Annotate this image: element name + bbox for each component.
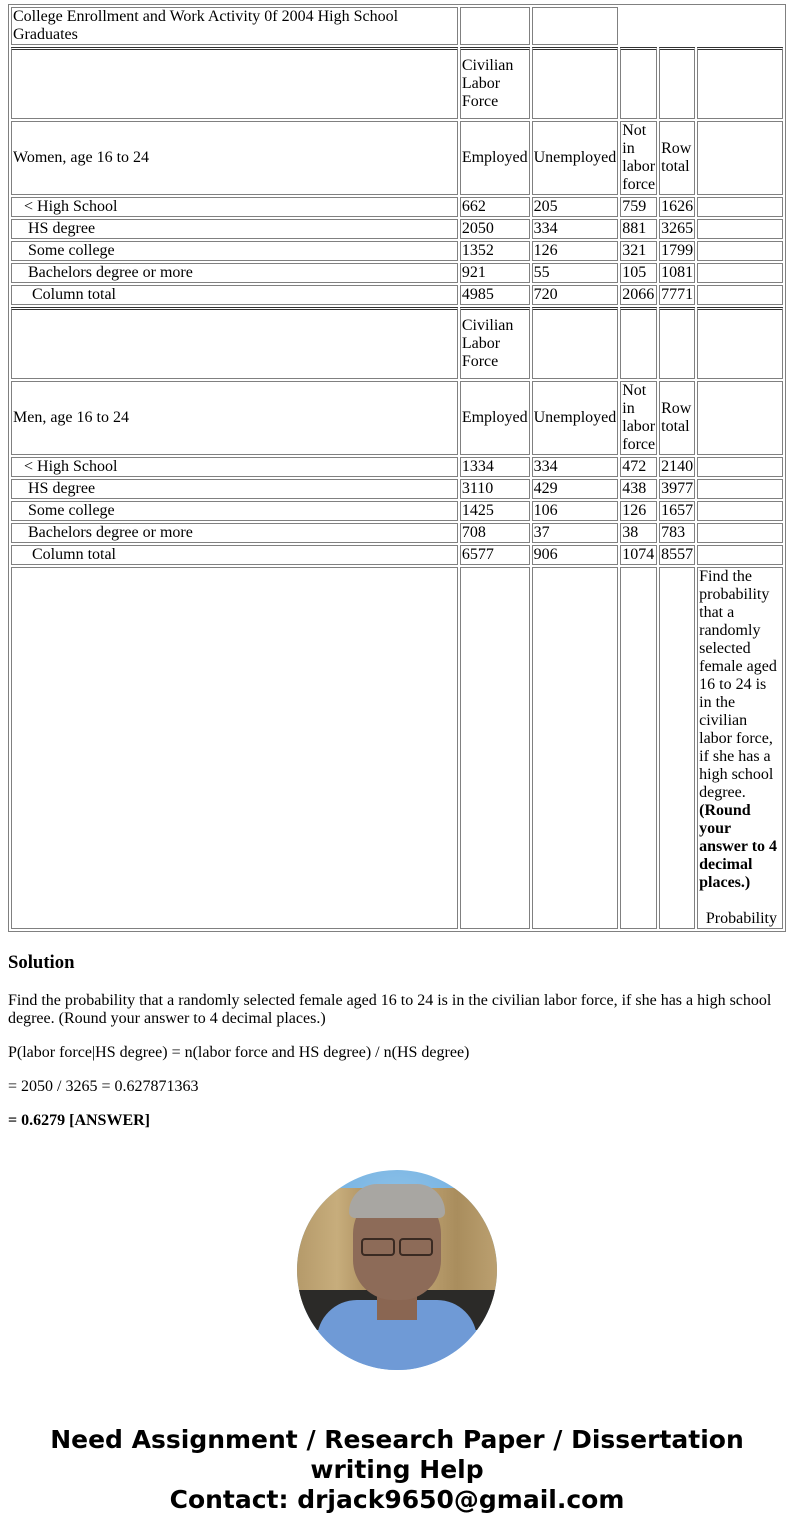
cell-employed: 1425 bbox=[460, 501, 530, 521]
cell-row-total: 783 bbox=[659, 523, 695, 543]
empty-cell bbox=[697, 381, 783, 455]
empty-cell bbox=[659, 307, 695, 379]
column-header: Unemployed bbox=[532, 381, 619, 455]
cell-unemployed: 55 bbox=[532, 263, 619, 283]
question-cell: Find the probability that a randomly sel… bbox=[697, 567, 783, 929]
empty-cell bbox=[697, 523, 783, 543]
column-header: Not in labor force bbox=[620, 121, 657, 195]
answer-label: Probability bbox=[699, 910, 781, 928]
empty-cell bbox=[620, 47, 657, 119]
group-header: Civilian Labor Force bbox=[460, 47, 530, 119]
cell-unemployed: 429 bbox=[532, 479, 619, 499]
cell-not-in-labor-force: 126 bbox=[620, 501, 657, 521]
cell-employed: 1352 bbox=[460, 241, 530, 261]
solution-calculation: = 2050 / 3265 = 0.627871363 bbox=[8, 1078, 786, 1096]
table-row: HS degree 2050 334 881 3265 bbox=[11, 219, 783, 239]
question-text: Find the probability that a randomly sel… bbox=[699, 568, 777, 801]
row-label: Column total bbox=[11, 285, 458, 305]
cell-employed: 921 bbox=[460, 263, 530, 283]
author-avatar bbox=[297, 1170, 497, 1370]
column-header-row: Women, age 16 to 24 Employed Unemployed … bbox=[11, 121, 783, 195]
empty-cell bbox=[697, 457, 783, 477]
row-label: Some college bbox=[11, 241, 458, 261]
empty-cell bbox=[697, 285, 783, 305]
cell-not-in-labor-force: 881 bbox=[620, 219, 657, 239]
empty-cell bbox=[697, 545, 783, 565]
table-title: College Enrollment and Work Activity 0f … bbox=[11, 7, 458, 45]
question-row: Find the probability that a randomly sel… bbox=[11, 567, 783, 929]
data-table: College Enrollment and Work Activity 0f … bbox=[8, 4, 786, 932]
cell-employed: 4985 bbox=[460, 285, 530, 305]
column-header: Row total bbox=[659, 121, 695, 195]
cell-row-total: 1657 bbox=[659, 501, 695, 521]
column-header: Employed bbox=[460, 381, 530, 455]
cell-unemployed: 906 bbox=[532, 545, 619, 565]
cell-not-in-labor-force: 1074 bbox=[620, 545, 657, 565]
cell-unemployed: 334 bbox=[532, 219, 619, 239]
cell-row-total: 1799 bbox=[659, 241, 695, 261]
cell-row-total: 3977 bbox=[659, 479, 695, 499]
empty-cell bbox=[460, 567, 530, 929]
cell-employed: 6577 bbox=[460, 545, 530, 565]
empty-cell bbox=[697, 263, 783, 283]
cell-unemployed: 720 bbox=[532, 285, 619, 305]
glasses-icon bbox=[361, 1238, 433, 1254]
empty-cell bbox=[659, 47, 695, 119]
column-header: Not in labor force bbox=[620, 381, 657, 455]
table-row: < High School 662 205 759 1626 bbox=[11, 197, 783, 217]
cell-row-total: 2140 bbox=[659, 457, 695, 477]
title-row: College Enrollment and Work Activity 0f … bbox=[11, 7, 783, 45]
solution-question: Find the probability that a randomly sel… bbox=[8, 992, 786, 1028]
empty-cell bbox=[620, 567, 657, 929]
empty-cell bbox=[697, 121, 783, 195]
column-header: Row total bbox=[659, 381, 695, 455]
cell-employed: 662 bbox=[460, 197, 530, 217]
empty-cell bbox=[697, 501, 783, 521]
cell-not-in-labor-force: 438 bbox=[620, 479, 657, 499]
row-label: HS degree bbox=[11, 479, 458, 499]
solution-section: Solution Find the probability that a ran… bbox=[8, 952, 786, 1130]
solution-answer: = 0.6279 [ANSWER] bbox=[8, 1112, 786, 1130]
cell-row-total: 1081 bbox=[659, 263, 695, 283]
empty-cell bbox=[697, 47, 783, 119]
group-header-row: Civilian Labor Force bbox=[11, 47, 783, 119]
cell-not-in-labor-force: 321 bbox=[620, 241, 657, 261]
cell-employed: 708 bbox=[460, 523, 530, 543]
empty-cell bbox=[697, 241, 783, 261]
cell-employed: 1334 bbox=[460, 457, 530, 477]
column-header: Employed bbox=[460, 121, 530, 195]
table-row: < High School 1334 334 472 2140 bbox=[11, 457, 783, 477]
empty-cell bbox=[460, 7, 530, 45]
table-row: HS degree 3110 429 438 3977 bbox=[11, 479, 783, 499]
empty-cell bbox=[532, 307, 619, 379]
promo-contact: Contact: drjack9650@gmail.com bbox=[0, 1485, 794, 1515]
empty-cell bbox=[697, 307, 783, 379]
table-row: Column total 4985 720 2066 7771 bbox=[11, 285, 783, 305]
cell-unemployed: 37 bbox=[532, 523, 619, 543]
empty-cell bbox=[697, 479, 783, 499]
group-header: Civilian Labor Force bbox=[460, 307, 530, 379]
author-photo-container bbox=[0, 1170, 794, 1375]
cell-not-in-labor-force: 38 bbox=[620, 523, 657, 543]
row-label: Some college bbox=[11, 501, 458, 521]
column-header-row: Men, age 16 to 24 Employed Unemployed No… bbox=[11, 381, 783, 455]
row-label: Bachelors degree or more bbox=[11, 523, 458, 543]
cell-unemployed: 334 bbox=[532, 457, 619, 477]
section-label: Women, age 16 to 24 bbox=[11, 121, 458, 195]
section-label: Men, age 16 to 24 bbox=[11, 381, 458, 455]
cell-row-total: 3265 bbox=[659, 219, 695, 239]
empty-cell bbox=[697, 197, 783, 217]
table-row: Some college 1352 126 321 1799 bbox=[11, 241, 783, 261]
empty-cell bbox=[532, 567, 619, 929]
row-label: < High School bbox=[11, 457, 458, 477]
row-label: HS degree bbox=[11, 219, 458, 239]
empty-cell bbox=[11, 567, 458, 929]
cell-employed: 2050 bbox=[460, 219, 530, 239]
empty-space bbox=[620, 7, 783, 45]
column-header: Unemployed bbox=[532, 121, 619, 195]
table-row: Bachelors degree or more 708 37 38 783 bbox=[11, 523, 783, 543]
table-row: Bachelors degree or more 921 55 105 1081 bbox=[11, 263, 783, 283]
cell-not-in-labor-force: 2066 bbox=[620, 285, 657, 305]
group-header-row: Civilian Labor Force bbox=[11, 307, 783, 379]
solution-formula: P(labor force|HS degree) = n(labor force… bbox=[8, 1044, 786, 1062]
cell-employed: 3110 bbox=[460, 479, 530, 499]
cell-not-in-labor-force: 472 bbox=[620, 457, 657, 477]
empty-cell bbox=[532, 7, 619, 45]
empty-cell bbox=[11, 47, 458, 119]
table-row: Some college 1425 106 126 1657 bbox=[11, 501, 783, 521]
cell-row-total: 1626 bbox=[659, 197, 695, 217]
cell-row-total: 8557 bbox=[659, 545, 695, 565]
cell-row-total: 7771 bbox=[659, 285, 695, 305]
empty-cell bbox=[532, 47, 619, 119]
empty-cell bbox=[11, 307, 458, 379]
row-label: < High School bbox=[11, 197, 458, 217]
promo-banner: Need Assignment / Research Paper / Disse… bbox=[0, 1425, 794, 1515]
empty-cell bbox=[620, 307, 657, 379]
table-row: Column total 6577 906 1074 8557 bbox=[11, 545, 783, 565]
cell-unemployed: 106 bbox=[532, 501, 619, 521]
cell-not-in-labor-force: 759 bbox=[620, 197, 657, 217]
solution-heading: Solution bbox=[8, 952, 786, 974]
row-label: Column total bbox=[11, 545, 458, 565]
empty-cell bbox=[697, 219, 783, 239]
cell-not-in-labor-force: 105 bbox=[620, 263, 657, 283]
row-label: Bachelors degree or more bbox=[11, 263, 458, 283]
cell-unemployed: 205 bbox=[532, 197, 619, 217]
question-instruction: (Round your answer to 4 decimal places.) bbox=[699, 802, 777, 891]
promo-line-1: Need Assignment / Research Paper / Disse… bbox=[0, 1425, 794, 1485]
cell-unemployed: 126 bbox=[532, 241, 619, 261]
empty-cell bbox=[659, 567, 695, 929]
